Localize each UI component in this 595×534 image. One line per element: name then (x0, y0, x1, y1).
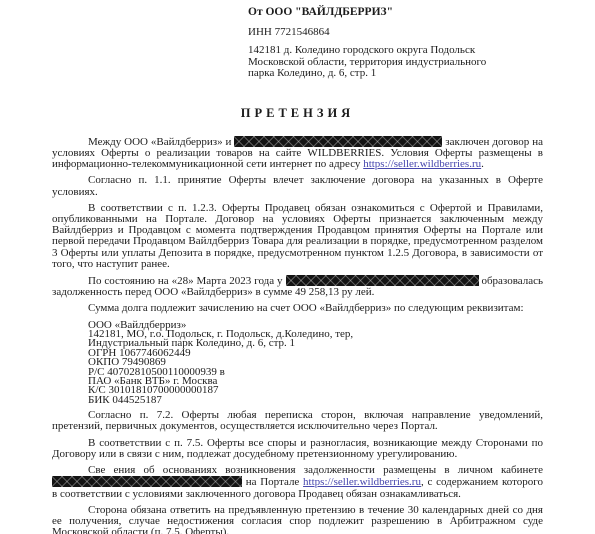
paragraph-contract: Между ООО «Вайлдберриз» и заключен догов… (52, 136, 543, 171)
paragraph-debt-details: Све ения об основаниях возникновения зад… (52, 465, 543, 500)
paragraph-offer-acceptance: Согласно п. 1.1. принятие Оферты влечет … (52, 175, 543, 197)
paragraph-correspondence: Согласно п. 7.2. Оферты любая переписка … (52, 410, 543, 432)
redaction-box-cabinet (52, 476, 242, 487)
paragraph-text: Све ения об основаниях возникновения зад… (88, 464, 543, 476)
redaction-box-debtor (286, 275, 479, 286)
seller-portal-link[interactable]: https://seller.wildberries.ru (363, 158, 481, 170)
paragraph-text: . (481, 158, 484, 170)
paragraph-disputes: В соответствии с п. 7.5. Оферты все спор… (52, 438, 543, 460)
sender-address: 142181 д. Коледино городского округа Под… (248, 45, 543, 80)
sender-address-line: парка Коледино, д. 6, стр. 1 (248, 68, 543, 80)
bank-requisites: ООО «Вайлдберриз» 142181, МО, г.о. Подол… (88, 321, 543, 406)
paragraph-text: По состоянию на «28» Марта 2023 года у (88, 275, 286, 287)
paragraph-response-deadline: Сторона обязана ответить на предъявленну… (52, 505, 543, 534)
sender-address-line: 142181 д. Коледино городского округа Под… (248, 45, 543, 57)
sender-name: От ООО "ВАЙЛДБЕРРИЗ" (248, 6, 543, 19)
document-title: ПРЕТЕНЗИЯ (52, 106, 543, 121)
requisite-bik: БИК 044525187 (88, 396, 543, 405)
paragraph-text: Между ООО «Вайлдберриз» и (88, 136, 234, 148)
paragraph-payment-intro: Сумма долга подлежит зачислению на счет … (52, 303, 543, 314)
paragraph-offer-terms: В соответствии с п. 1.2.3. Оферты Продав… (52, 203, 543, 270)
paragraph-debt-amount: По состоянию на «28» Марта 2023 года у о… (52, 275, 543, 298)
paragraph-text: на Портале (242, 476, 303, 488)
sender-inn: ИНН 7721546864 (248, 26, 543, 38)
redaction-box-party (234, 136, 442, 147)
seller-portal-link[interactable]: https://seller.wildberries.ru (303, 476, 421, 488)
document-page: От ООО "ВАЙЛДБЕРРИЗ" ИНН 7721546864 1421… (0, 0, 595, 534)
letter-header: От ООО "ВАЙЛДБЕРРИЗ" ИНН 7721546864 1421… (248, 6, 543, 80)
document-body: Между ООО «Вайлдберриз» и заключен догов… (52, 136, 543, 534)
